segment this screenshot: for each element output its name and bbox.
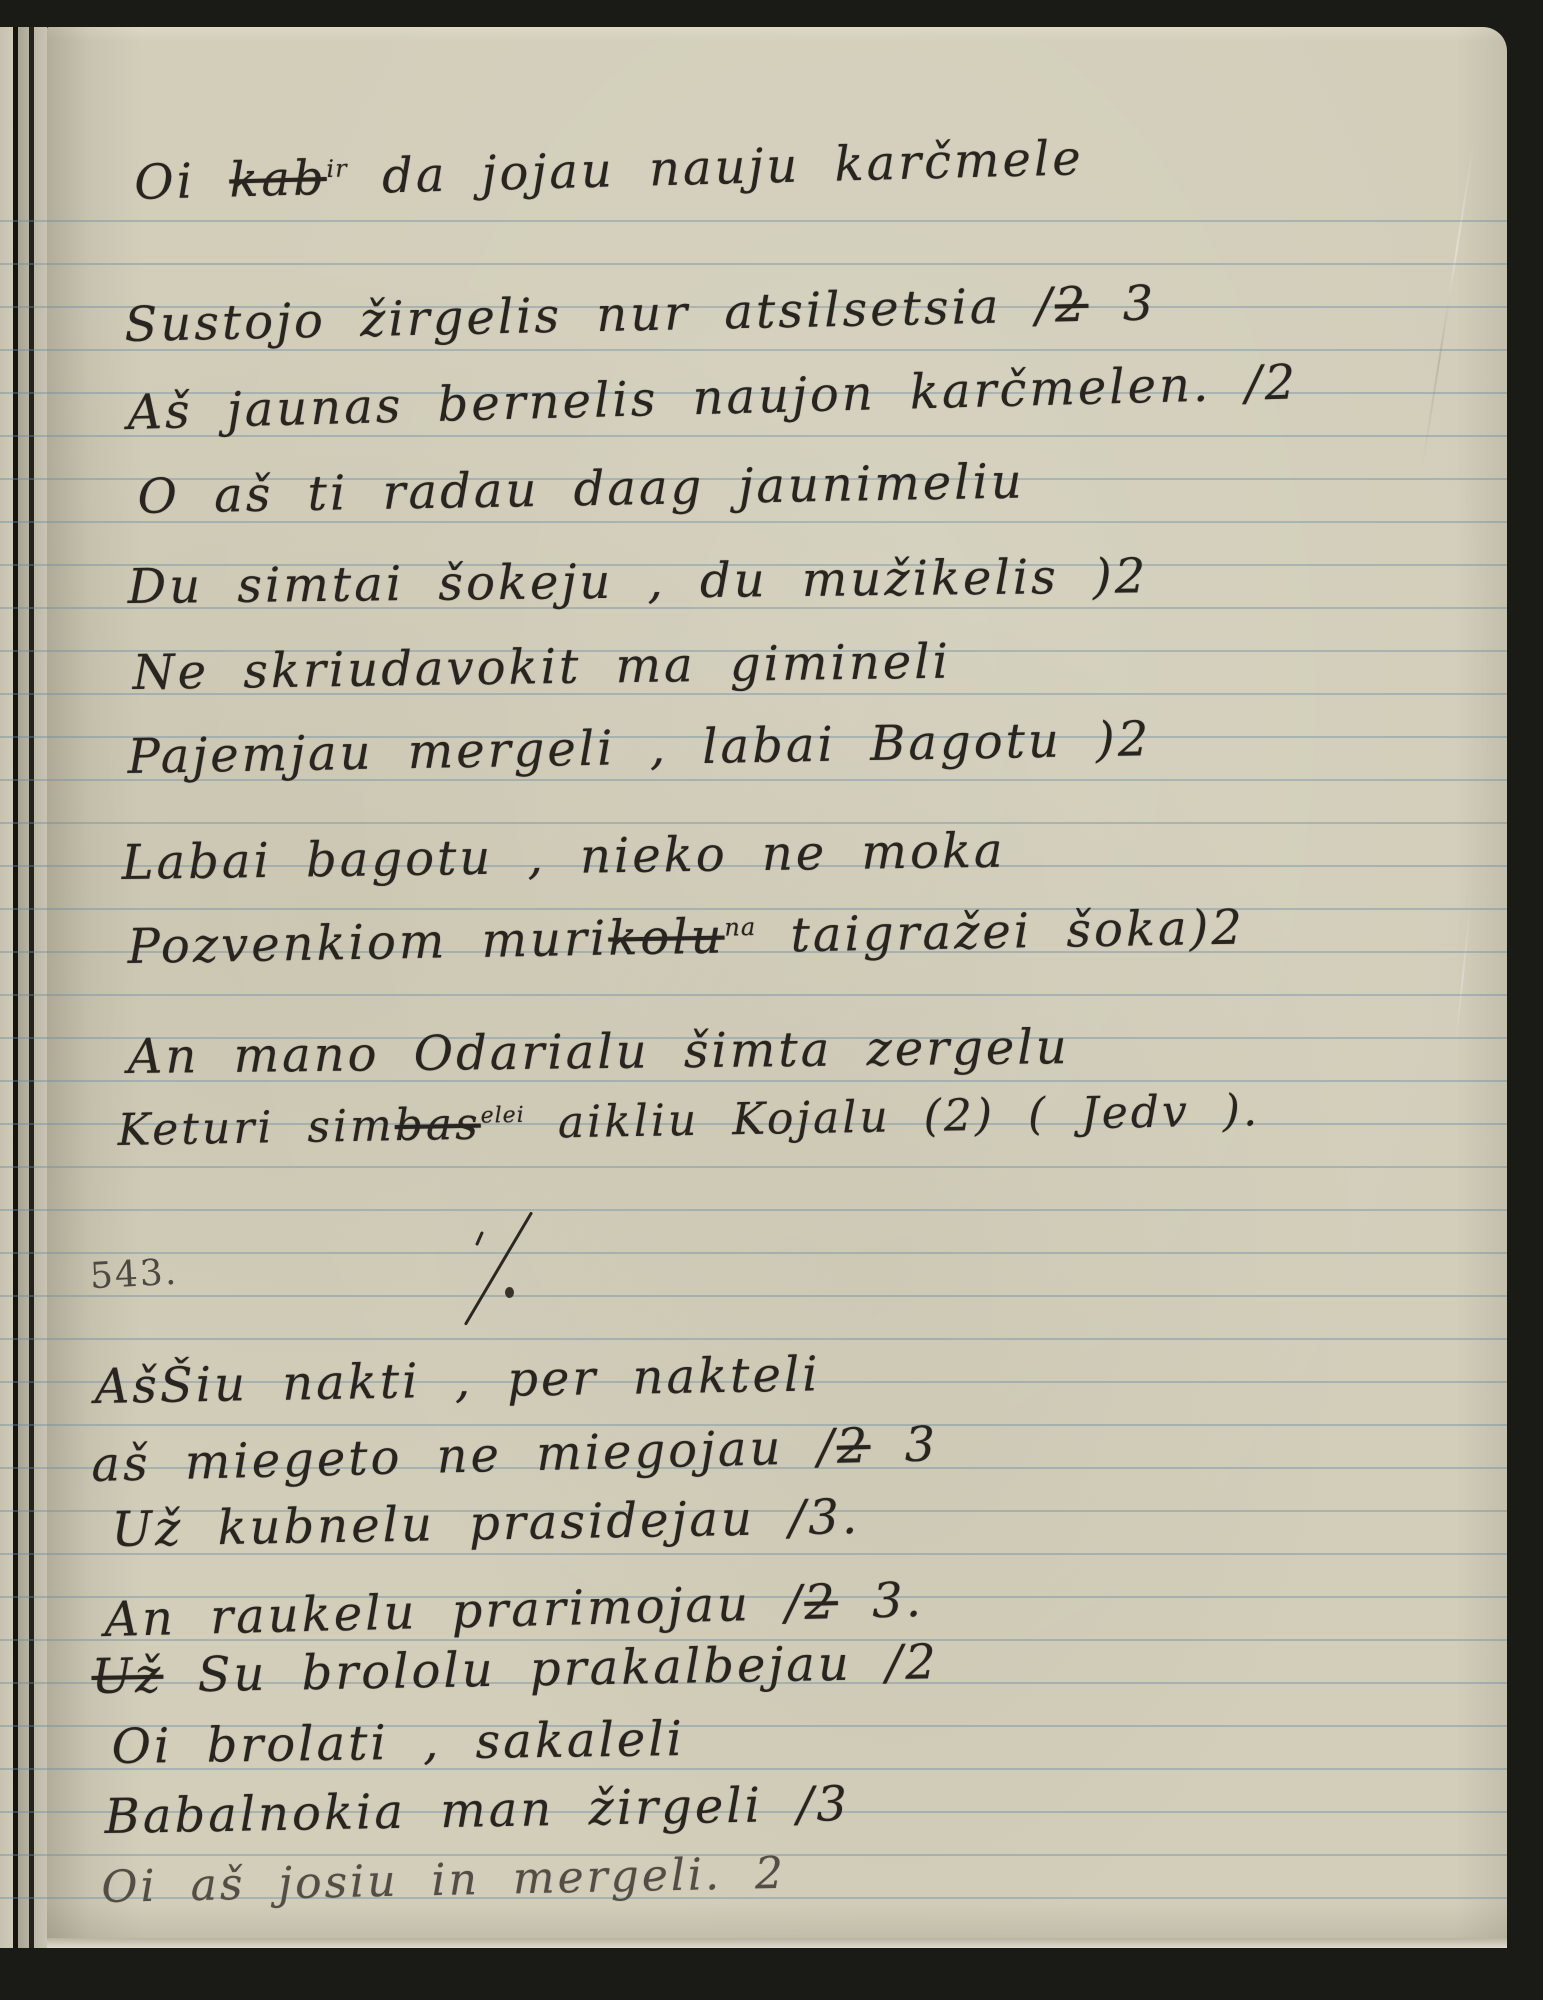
ruled-line xyxy=(0,263,1507,265)
page-edge-strip xyxy=(34,27,47,1948)
ruled-line xyxy=(0,220,1507,222)
ruled-line xyxy=(0,1209,1507,1211)
ruled-line xyxy=(0,994,1507,996)
handwritten-line: AšŠiu nakti , per nakteli xyxy=(94,1349,821,1412)
handwritten-line: Ne skriudavokit ma gimineli xyxy=(132,637,951,699)
struck-word: kolu xyxy=(608,909,725,967)
handwriting-text: Pozvenkiom muri xyxy=(127,911,609,975)
handwritten-line: Labai bagotu , nieko ne moka xyxy=(121,826,1006,889)
handwriting-text: taigražei šoka)2 xyxy=(756,900,1246,965)
page-bottom-edge xyxy=(47,1938,1507,1948)
page-edge-strip xyxy=(18,27,29,1948)
inserted-word: ir xyxy=(326,154,348,183)
scan-border-bottom xyxy=(0,1948,1543,2000)
ruled-line xyxy=(0,1295,1507,1297)
handwriting-text: Keturi sim xyxy=(117,1100,395,1156)
struck-word: 2 xyxy=(804,1574,839,1631)
handwritten-line: Oi brolati , sakaleli xyxy=(111,1714,685,1772)
handwritten-line: Babalnokia man žirgeli /3 xyxy=(104,1779,850,1842)
struck-word: Už xyxy=(91,1648,164,1705)
handwritten-line: Du simtai šokeju , du mužikelis )2 xyxy=(127,551,1148,612)
inserted-word: elei xyxy=(480,1103,525,1129)
manuscript-canvas: Oi kabir da jojau nauju karčmeleSustojo … xyxy=(0,0,1543,2000)
handwriting-text: An mano Odarialu šimta zergelu xyxy=(127,1019,1069,1085)
scan-border-top xyxy=(0,0,1543,27)
page-edge-strip xyxy=(0,27,13,1948)
handwritten-line: Už kubnelu prasidejau /3. xyxy=(111,1492,860,1555)
handwriting-text: 3 xyxy=(870,1416,939,1474)
ruled-line xyxy=(0,1338,1507,1340)
handwriting-text: 3 xyxy=(1088,275,1157,332)
ruled-line xyxy=(0,1166,1507,1168)
struck-word: 2 xyxy=(836,1418,871,1475)
scan-border-right xyxy=(1507,0,1543,2000)
inserted-word: na xyxy=(724,913,756,942)
ruled-line xyxy=(0,822,1507,824)
handwriting-text: Du simtai šokeju , du mužikelis )2 xyxy=(127,548,1148,615)
handwriting-text: Oi brolati , sakaleli xyxy=(111,1711,685,1775)
ruled-line xyxy=(0,1252,1507,1254)
handwriting-text: 3. xyxy=(837,1572,924,1630)
handwriting-text: Oi xyxy=(134,153,230,211)
struck-word: kab xyxy=(229,150,328,209)
handwriting-text: Ne skriudavokit ma gimineli xyxy=(132,634,951,701)
margin-number: 543. xyxy=(89,1252,179,1298)
ruled-line xyxy=(0,908,1507,910)
handwritten-line: An mano Odarialu šimta zergelu xyxy=(127,1022,1069,1082)
struck-word: bas xyxy=(394,1099,481,1151)
struck-word: 2 xyxy=(1054,277,1089,334)
divider-dot-mark xyxy=(505,1287,514,1298)
